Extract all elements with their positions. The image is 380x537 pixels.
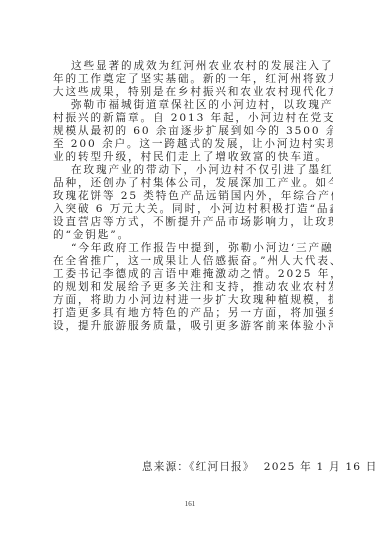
article-body: 这些显著的成效为红河州农业农村的发展注入了强劲动力，为 2025 年的工作奠定了… [53,60,333,333]
source-citation: 息来源：《红河日报》 2025 年 1 月 16 日 [142,461,378,474]
text-line: 至 200 余户。这一跨越式的发展，让小河边村实现从传统农业向现代农 [53,138,333,151]
text-line: 打造更多具有地方特色的产品；另一方面，将加强乡村旅游的规划和建 [53,307,333,320]
paragraph: 在玫瑰产业的带动下，小河边村不仅引进了墨红、滇红等优质玫瑰 品种，还创办了村集体… [53,164,333,242]
text-line: 玫瑰花饼等 25 类特色产品远销国内外，年综合产值近 1 亿元，人均年收 [53,190,333,203]
source-date: 2025 年 1 月 16 日 [264,461,378,473]
source-label: 息来源： [142,461,189,473]
text-line: 规模从最初的 60 余亩逐步扩展到如今的 3500 余亩，种植户数量也增加 [53,125,333,138]
text-line: 入突破 6 万元大关。同时，小河边村积极打造“品鑫印象”品牌，通过开 [53,203,333,216]
text-line: 的“金钥匙”。 [53,229,333,242]
text-line: 设直营店等方式，不断提升产品市场影响力，让玫瑰真正成为村民手中 [53,216,333,229]
text-line: 工委书记李德成的言语中难掩激动之情。2025 年，弥勒市将对小河边村 [53,268,333,281]
text-line: 弥勒市福城街道章保社区的小河边村，以玫瑰产业为笔，书写着乡 [53,99,333,112]
text-line: 方面，将助力小河边村进一步扩大玫瑰种植规模，提升深加工能力，并 [53,294,333,307]
text-line: 在玫瑰产业的带动下，小河边村不仅引进了墨红、滇红等优质玫瑰 [53,164,333,177]
text-line: 大这些成果，特别是在乡村振兴和农业农村现代化方面寻求新的突破。 [53,86,333,99]
text-line: 业的转型升级，村民们走上了增收致富的快车道。 [53,151,333,164]
text-line: 在全省推广，这一成果让人倍感振奋。”州人大代表、弥勒市弥阳街道党 [53,255,333,268]
document-page: 这些显著的成效为红河州农业农村的发展注入了强劲动力，为 2025 年的工作奠定了… [0,0,380,537]
text-line: 村振兴的新篇章。自 2013 年起，小河边村在党支部的领导下，玫瑰种植 [53,112,333,125]
text-line: “今年政府工作报告中提到，弥勒小河边‘三产融合’等联农带农模式 [53,242,333,255]
text-line: 年的工作奠定了坚实基础。新的一年，红河州将致力于进一步巩固和扩 [53,73,333,86]
text-line: 品种，还创办了村集体公司，发展深加工产业。如今，红玫瑰冻干花茶、 [53,177,333,190]
text-line: 的规划和发展给予更多关注和支持，推动农业农村发展再上新台阶。一 [53,281,333,294]
source-publication: 《红河日报》 [189,461,254,473]
paragraph: 这些显著的成效为红河州农业农村的发展注入了强劲动力，为 2025 年的工作奠定了… [53,60,333,99]
text-line: 设，提升旅游服务质量，吸引更多游客前来体验小河边村的乡村风情。 [53,320,333,333]
paragraph: “今年政府工作报告中提到，弥勒小河边‘三产融合’等联农带农模式 在全省推广，这一… [53,242,333,333]
text-line: 这些显著的成效为红河州农业农村的发展注入了强劲动力，为 2025 [53,60,333,73]
page-number: 161 [0,500,380,508]
paragraph: 弥勒市福城街道章保社区的小河边村，以玫瑰产业为笔，书写着乡 村振兴的新篇章。自 … [53,99,333,164]
